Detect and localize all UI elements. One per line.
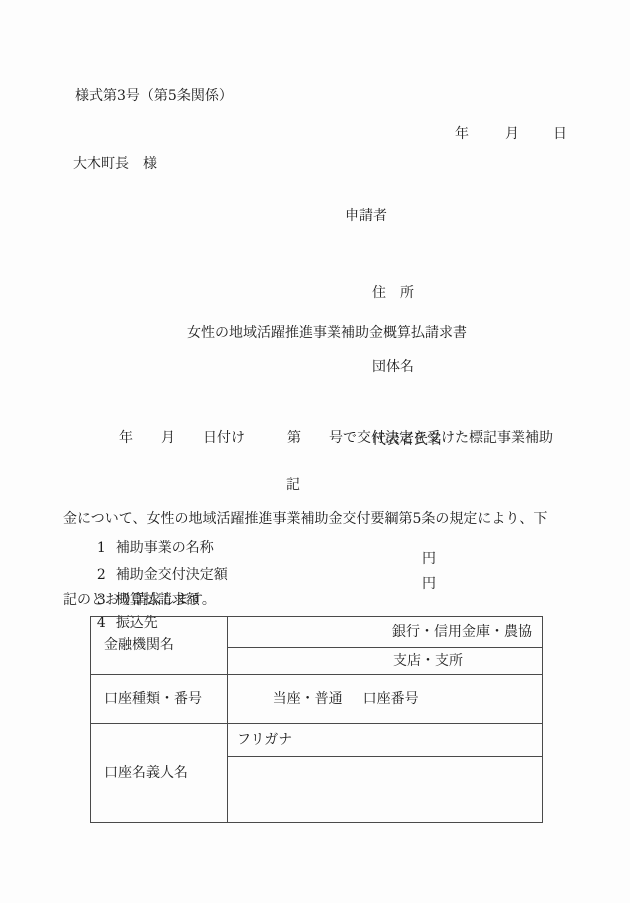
document-page: 様式第3号（第5条関係） 年月日 大木町長 様 申請者 住 所 団体名 代表者氏…: [0, 0, 630, 903]
document-title: 女性の地域活躍推進事業補助金概算払請求書: [0, 325, 630, 341]
institution-type-cell: 銀行・信用金庫・農協: [228, 617, 543, 648]
month-label: 月: [505, 126, 519, 142]
transfer-table: 金融機関名 銀行・信用金庫・農協 支店・支所 口座種類・番号 当座・普通口座番号…: [90, 616, 543, 823]
furigana-label-cell: フリガナ: [228, 724, 543, 757]
account-type-label-cell: 口座種類・番号: [91, 675, 228, 724]
account-holder-label-cell: 口座名義人名: [91, 724, 228, 823]
day-label: 日: [553, 126, 567, 142]
yen-unit-label: 円: [422, 576, 436, 592]
record-heading: 記: [0, 477, 630, 493]
account-number-label: 口座番号: [363, 691, 419, 707]
date-line: 年月日: [437, 110, 567, 158]
applicant-address-label: 住 所: [372, 281, 442, 306]
branch-type-cell: 支店・支所: [228, 648, 543, 675]
year-label: 年: [455, 126, 469, 142]
financial-institution-label-cell: 金融機関名: [91, 617, 228, 675]
yen-unit-label: 円: [422, 551, 436, 567]
body-line-1: 年 月 日付け 第 号で交付決定を受けた標記事業補助: [63, 425, 569, 452]
applicant-label: 申請者: [345, 208, 387, 224]
table-row: 口座種類・番号 当座・普通口座番号: [91, 675, 543, 724]
table-row: 金融機関名 銀行・信用金庫・農協: [91, 617, 543, 648]
addressee: 大木町長 様: [73, 156, 157, 172]
form-number: 様式第3号（第5条関係）: [75, 88, 233, 104]
table-row: 口座名義人名 フリガナ: [91, 724, 543, 757]
account-type-options: 当座・普通: [273, 691, 343, 707]
account-type-cell: 当座・普通口座番号: [228, 675, 543, 724]
account-holder-name-empty-cell: [228, 757, 543, 823]
